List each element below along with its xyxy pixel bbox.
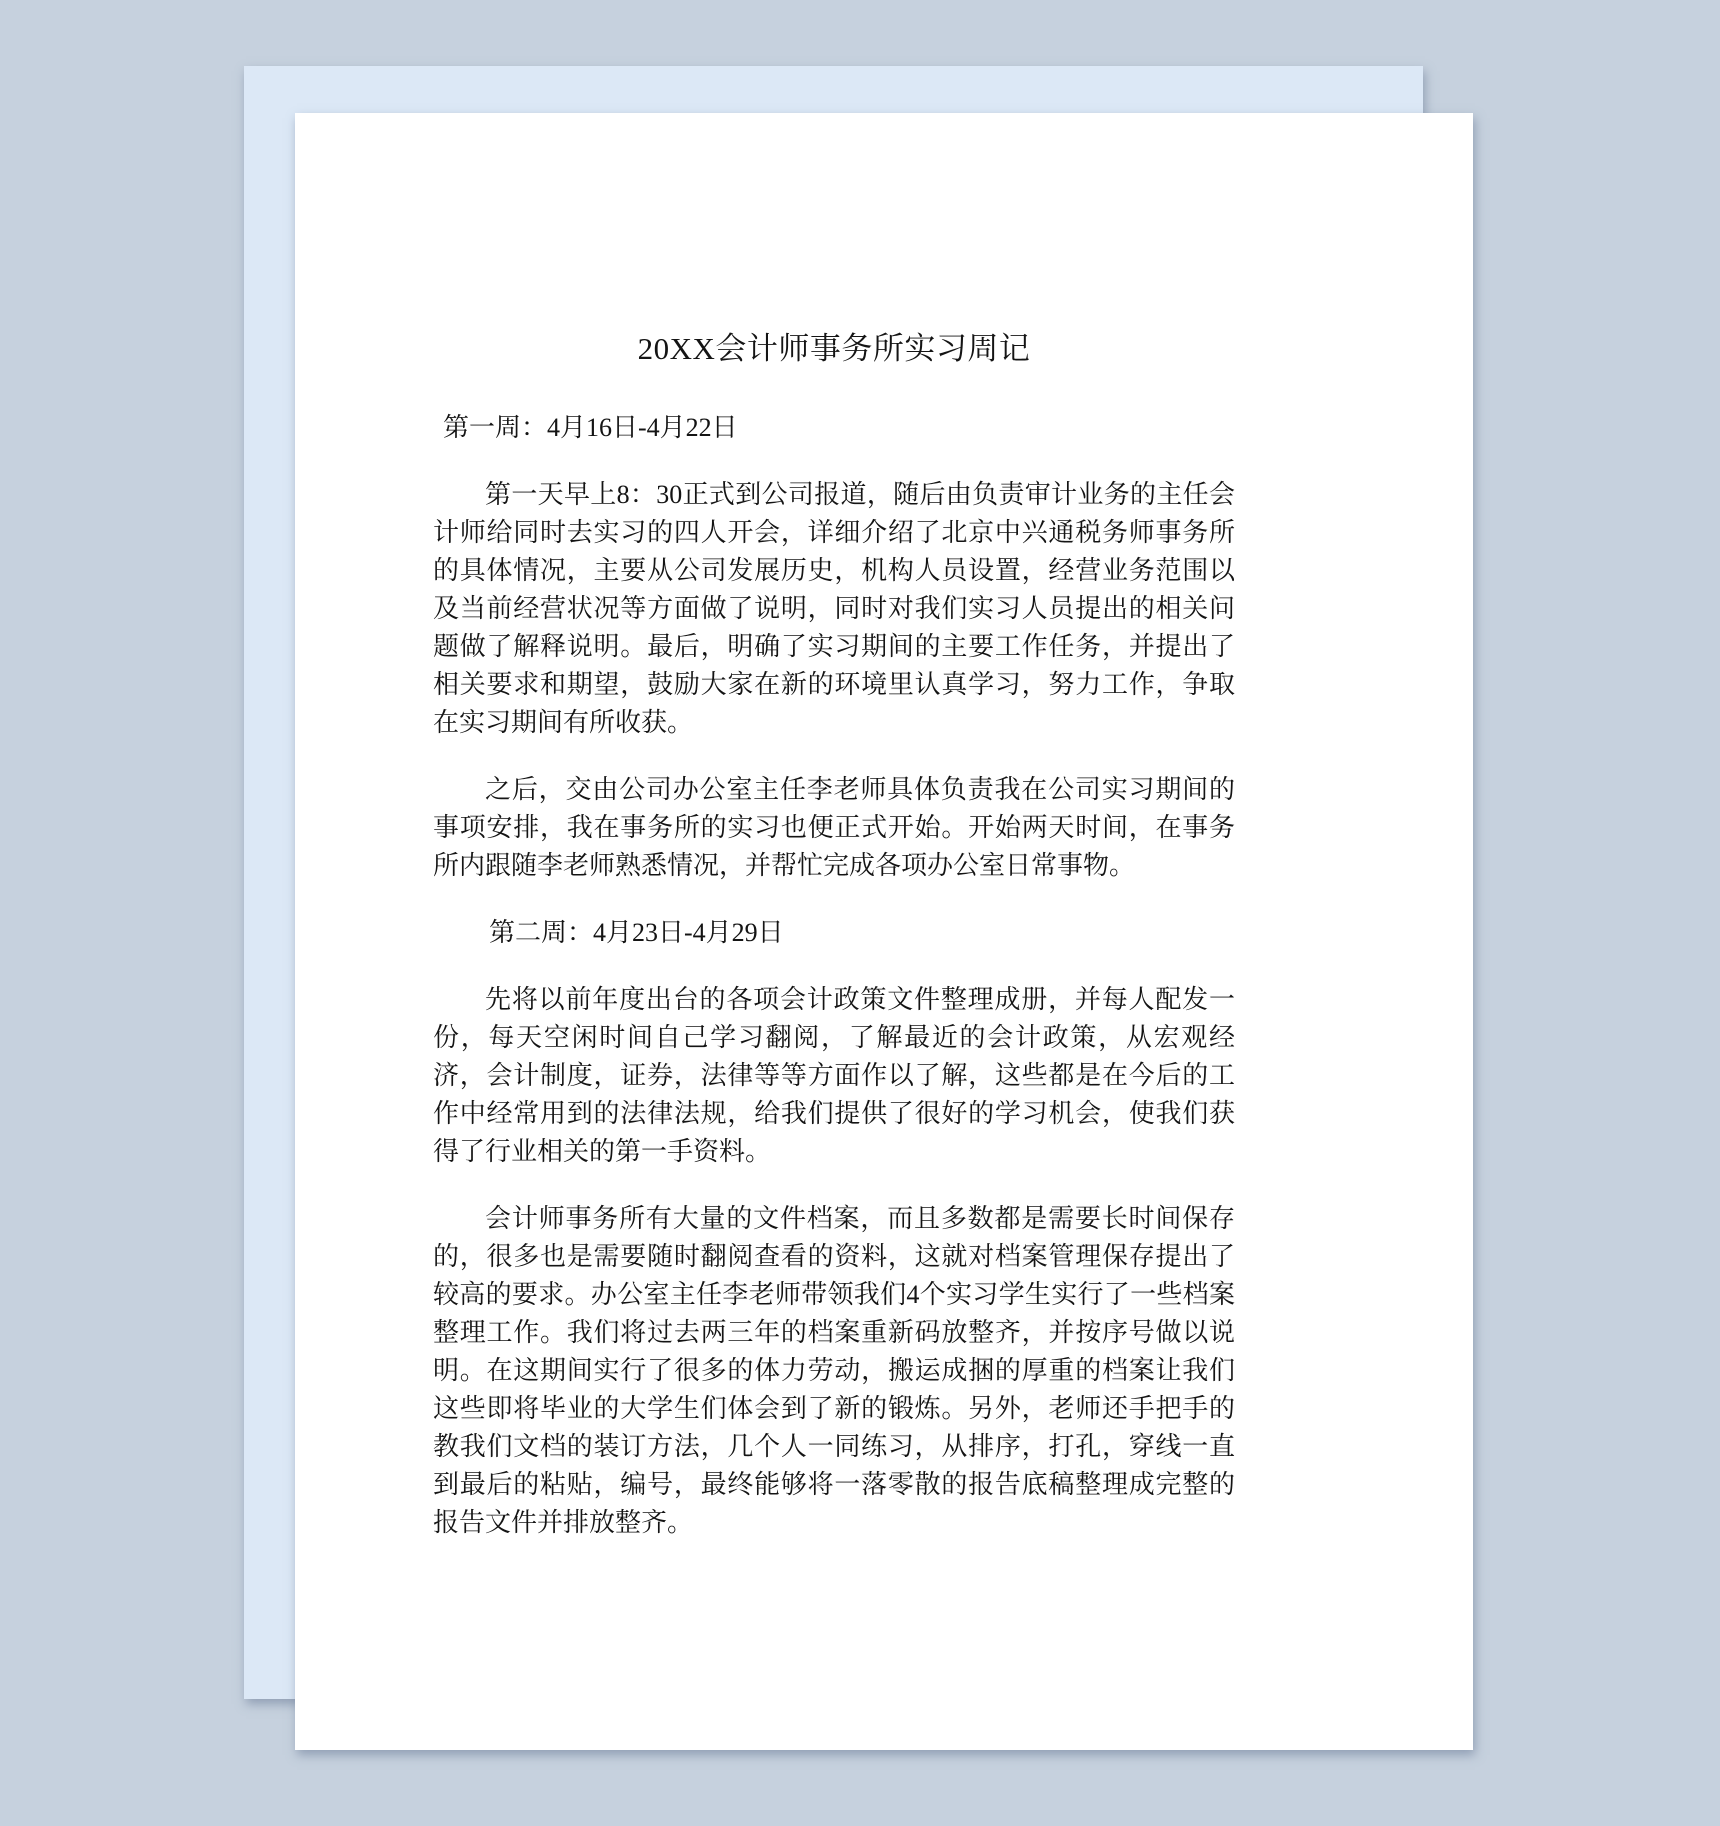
document-paragraph: 会计师事务所有大量的文件档案，而且多数都是需要长时间保存的，很多也是需要随时翻阅… <box>433 1200 1235 1542</box>
document-body: 第一周：4月16日-4月22日第一天早上8：30正式到公司报道，随后由负责审计业… <box>433 409 1235 1542</box>
document-page: 20XX会计师事务所实习周记 第一周：4月16日-4月22日第一天早上8：30正… <box>295 113 1473 1750</box>
document-paragraph: 先将以前年度出台的各项会计政策文件整理成册，并每人配发一份，每天空闲时间自己学习… <box>433 981 1235 1171</box>
document-heading: 第一周：4月16日-4月22日 <box>433 409 1235 447</box>
document-paragraph: 之后，交由公司办公室主任李老师具体负责我在公司实习期间的事项安排，我在事务所的实… <box>433 771 1235 885</box>
document-heading: 第二周：4月23日-4月29日 <box>433 914 1235 952</box>
app-background: 20XX会计师事务所实习周记 第一周：4月16日-4月22日第一天早上8：30正… <box>0 0 1720 1826</box>
document-paragraph: 第一天早上8：30正式到公司报道，随后由负责审计业务的主任会计师给同时去实习的四… <box>433 476 1235 742</box>
document-title: 20XX会计师事务所实习周记 <box>433 327 1235 371</box>
